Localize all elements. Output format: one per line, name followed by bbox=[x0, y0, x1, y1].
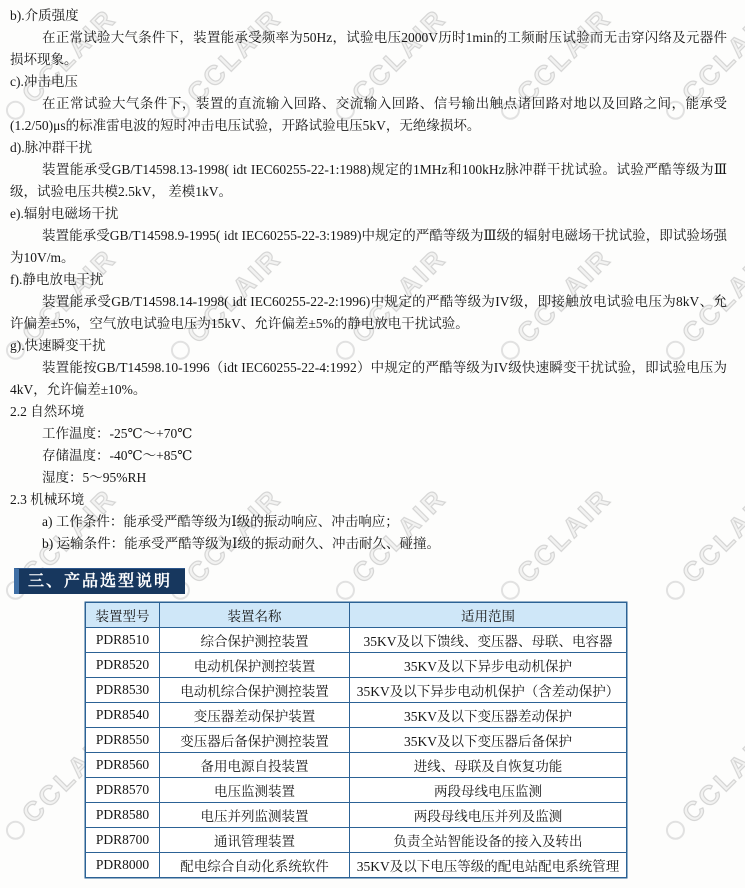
cell-model: PDR8540 bbox=[86, 703, 160, 728]
clause-e-heading: e).辐射电磁场干扰 bbox=[10, 203, 727, 225]
cell-model: PDR8570 bbox=[86, 778, 160, 803]
cell-model: PDR8510 bbox=[86, 628, 160, 653]
cell-model: PDR8520 bbox=[86, 653, 160, 678]
cell-scope: 35KV及以下异步电动机保护（含差动保护） bbox=[350, 678, 627, 703]
clause-d-body: 装置能承受GB/T14598.13-1998( idt IEC60255-22-… bbox=[10, 159, 727, 203]
document-page: b).介质强度 在正常试验大气条件下，装置能承受频率为50Hz，试验电压2000… bbox=[0, 0, 745, 878]
working-condition-line: a) 工作条件：能承受严酷等级为Ⅰ级的振动响应、冲击响应； bbox=[10, 511, 727, 533]
clause-g-heading: g).快速瞬变干扰 bbox=[10, 335, 727, 357]
cell-name: 通讯管理装置 bbox=[160, 828, 350, 853]
table-row: PDR8570 电压监测装置 两段母线电压监测 bbox=[86, 778, 627, 803]
section-2-2-heading: 2.2 自然环境 bbox=[10, 401, 727, 423]
product-selection-table: 装置型号 装置名称 适用范围 PDR8510 综合保护测控装置 35KV及以下馈… bbox=[85, 602, 627, 878]
storage-temperature-line: 存储温度：-40℃～+85℃ bbox=[10, 445, 727, 467]
cell-name: 电动机保护测控装置 bbox=[160, 653, 350, 678]
cell-scope: 35KV及以下馈线、变压器、母联、电容器 bbox=[350, 628, 627, 653]
cell-model: PDR8550 bbox=[86, 728, 160, 753]
section-2-3-heading: 2.3 机械环境 bbox=[10, 489, 727, 511]
cell-name: 电压并列监测装置 bbox=[160, 803, 350, 828]
table-row: PDR8000 配电综合自动化系统软件 35KV及以下电压等级的配电站配电系统管… bbox=[86, 853, 627, 878]
table-row: PDR8550 变压器后备保护测控装置 35KV及以下变压器后备保护 bbox=[86, 728, 627, 753]
cell-model: PDR8000 bbox=[86, 853, 160, 878]
cell-name: 电动机综合保护测控装置 bbox=[160, 678, 350, 703]
cell-name: 综合保护测控装置 bbox=[160, 628, 350, 653]
clause-f-heading: f).静电放电干扰 bbox=[10, 269, 727, 291]
table-row: PDR8580 电压并列监测装置 两段母线电压并列及监测 bbox=[86, 803, 627, 828]
cell-model: PDR8560 bbox=[86, 753, 160, 778]
cell-scope: 负责全站智能设备的接入及转出 bbox=[350, 828, 627, 853]
table-header-row: 装置型号 装置名称 适用范围 bbox=[86, 603, 627, 628]
cell-scope: 两段母线电压监测 bbox=[350, 778, 627, 803]
cell-scope: 35KV及以下变压器后备保护 bbox=[350, 728, 627, 753]
transport-condition-line: b) 运输条件：能承受严酷等级为Ⅰ级的振动耐久、冲击耐久、碰撞。 bbox=[10, 533, 727, 555]
cell-name: 变压器后备保护测控装置 bbox=[160, 728, 350, 753]
clause-d-heading: d).脉冲群干扰 bbox=[10, 137, 727, 159]
humidity-line: 湿度：5～95%RH bbox=[10, 467, 727, 489]
table-row: PDR8510 综合保护测控装置 35KV及以下馈线、变压器、母联、电容器 bbox=[86, 628, 627, 653]
section-3-banner: 三、产品选型说明 bbox=[14, 568, 185, 594]
col-header-scope: 适用范围 bbox=[350, 603, 627, 628]
clause-b-body: 在正常试验大气条件下，装置能承受频率为50Hz，试验电压2000V历时1min的… bbox=[10, 27, 727, 71]
cell-scope: 35KV及以下异步电动机保护 bbox=[350, 653, 627, 678]
col-header-model: 装置型号 bbox=[86, 603, 160, 628]
cell-scope: 35KV及以下变压器差动保护 bbox=[350, 703, 627, 728]
cell-scope: 进线、母联及自恢复功能 bbox=[350, 753, 627, 778]
clause-e-body: 装置能承受GB/T14598.9-1995( idt IEC60255-22-3… bbox=[10, 225, 727, 269]
cell-scope: 两段母线电压并列及监测 bbox=[350, 803, 627, 828]
col-header-name: 装置名称 bbox=[160, 603, 350, 628]
cell-scope: 35KV及以下电压等级的配电站配电系统管理 bbox=[350, 853, 627, 878]
cell-name: 备用电源自投装置 bbox=[160, 753, 350, 778]
cell-model: PDR8580 bbox=[86, 803, 160, 828]
clause-f-body: 装置能承受GB/T14598.14-1998( idt IEC60255-22-… bbox=[10, 291, 727, 335]
cell-name: 电压监测装置 bbox=[160, 778, 350, 803]
operating-temperature-line: 工作温度：-25℃～+70℃ bbox=[10, 423, 727, 445]
clause-c-heading: c).冲击电压 bbox=[10, 71, 727, 93]
table-row: PDR8540 变压器差动保护装置 35KV及以下变压器差动保护 bbox=[86, 703, 627, 728]
table-row: PDR8530 电动机综合保护测控装置 35KV及以下异步电动机保护（含差动保护… bbox=[86, 678, 627, 703]
cell-name: 配电综合自动化系统软件 bbox=[160, 853, 350, 878]
cell-name: 变压器差动保护装置 bbox=[160, 703, 350, 728]
table-row: PDR8700 通讯管理装置 负责全站智能设备的接入及转出 bbox=[86, 828, 627, 853]
clause-g-body: 装置能按GB/T14598.10-1996（idt IEC60255-22-4:… bbox=[10, 357, 727, 401]
table-row: PDR8520 电动机保护测控装置 35KV及以下异步电动机保护 bbox=[86, 653, 627, 678]
cell-model: PDR8530 bbox=[86, 678, 160, 703]
table-row: PDR8560 备用电源自投装置 进线、母联及自恢复功能 bbox=[86, 753, 627, 778]
clause-b-heading: b).介质强度 bbox=[10, 5, 727, 27]
clause-c-body: 在正常试验大气条件下，装置的直流输入回路、交流输入回路、信号输出触点诸回路对地以… bbox=[10, 93, 727, 137]
cell-model: PDR8700 bbox=[86, 828, 160, 853]
